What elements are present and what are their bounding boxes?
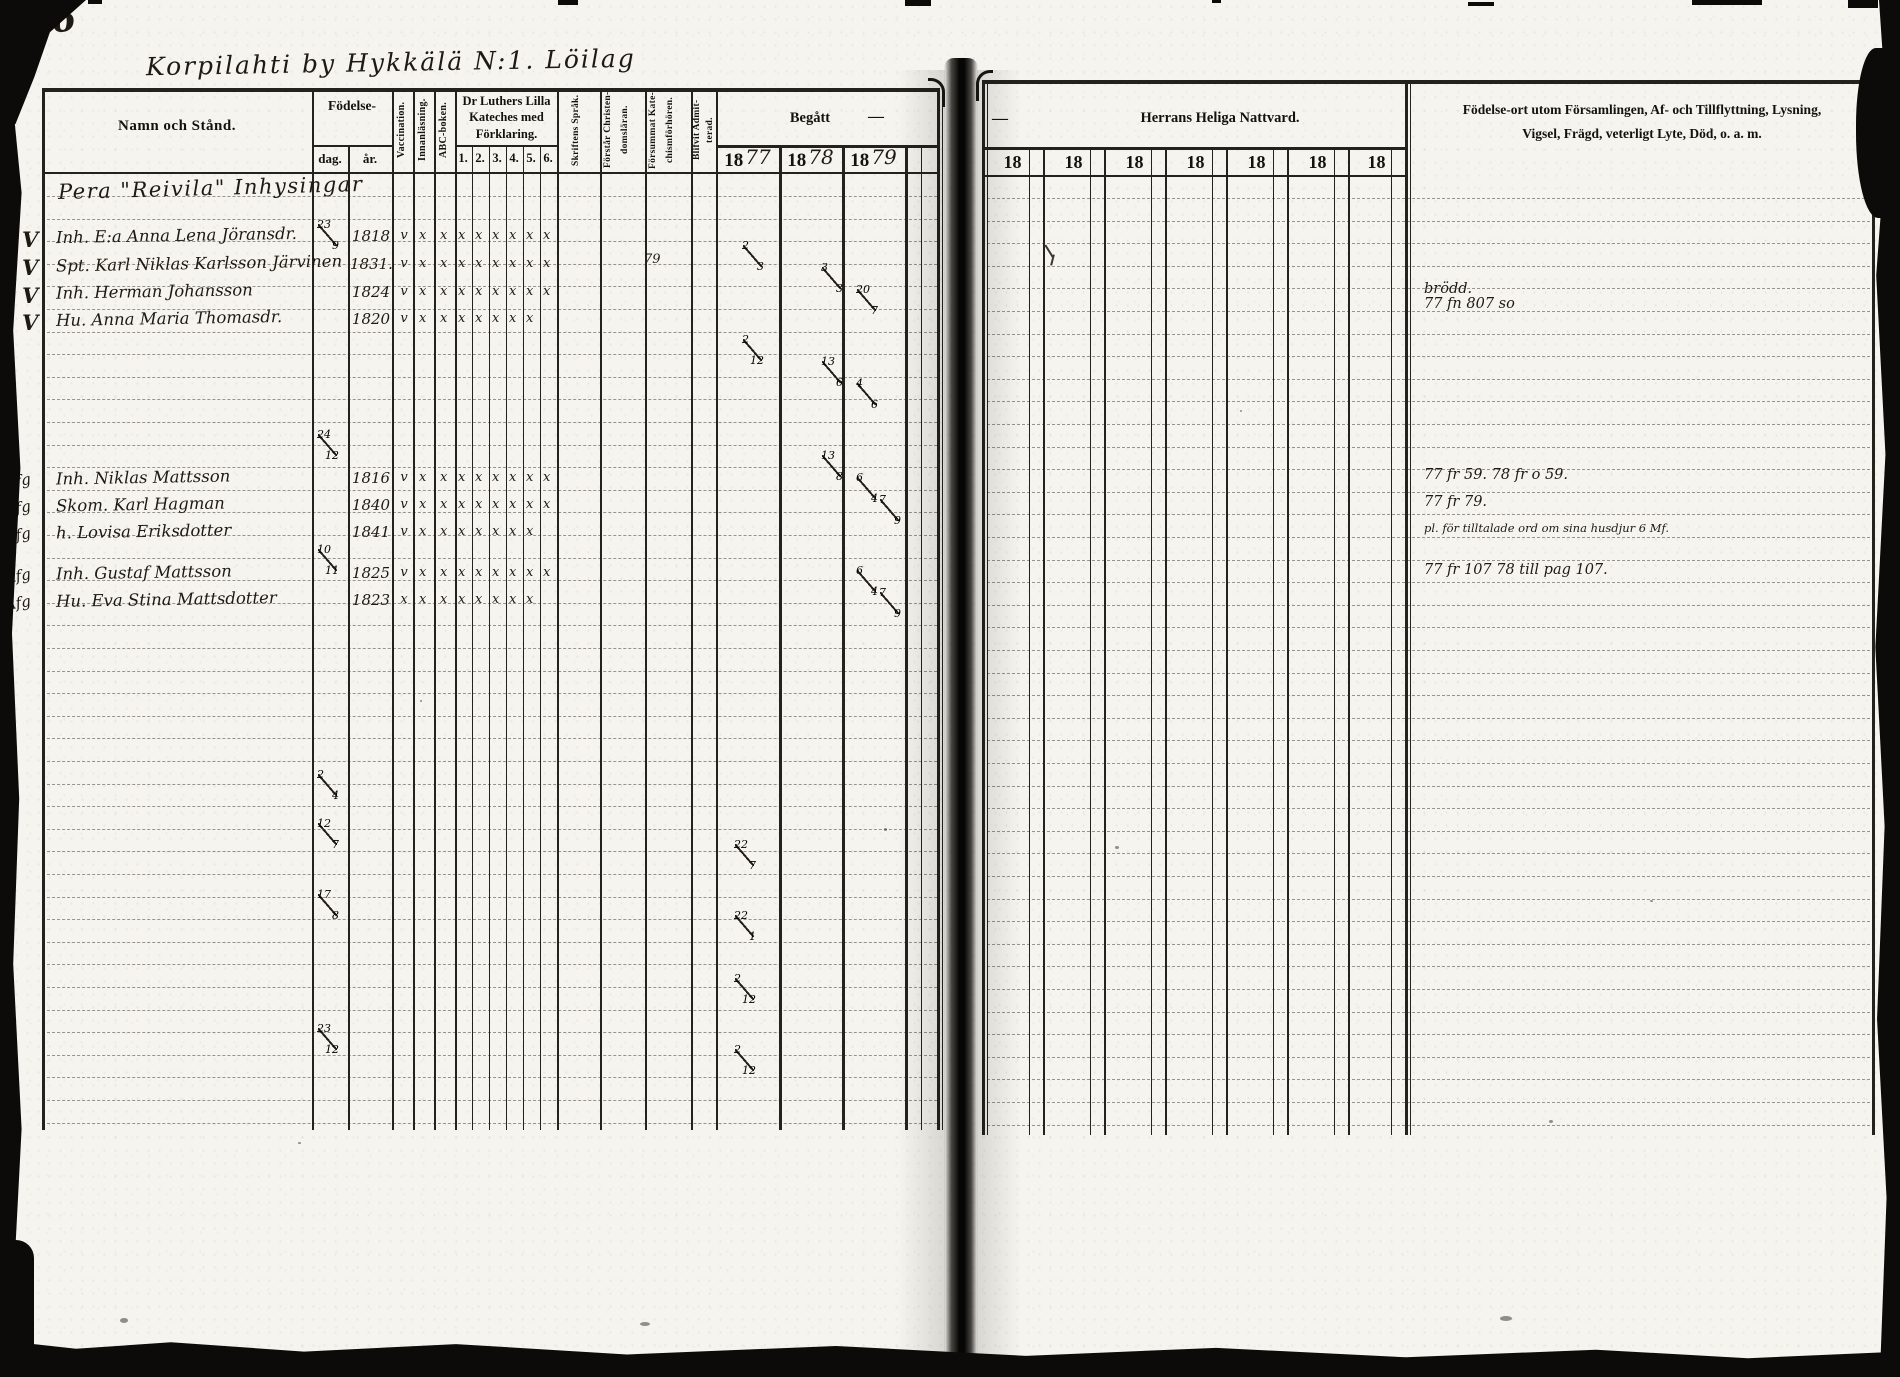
scan-speck [1212,0,1221,3]
year-header-handwritten: 77 [745,145,770,169]
communion-header-dash-left: — [868,108,884,126]
margin-note: 77 fr 107 78 till pag 107. [1424,562,1608,578]
column-line [1287,147,1289,1135]
margin-note: 77 fr 59. 78 fr o 59. [1424,467,1568,483]
fraction-numerator: 2 [734,1043,741,1056]
column-line [1151,147,1152,1135]
birth-year-value: 1840 [350,496,392,514]
scan-speck [1848,0,1878,8]
fraction-denominator: 9 [332,239,339,252]
birth-day-value: 24 [318,774,337,796]
column-line [779,145,782,1130]
communion-date: 212 [743,339,762,361]
cross-mark: x [475,470,482,485]
year-header: 18 [1043,152,1104,173]
column-line [1043,147,1045,1135]
column-line [1872,80,1875,1135]
col-header-understands-1: Förstår Christen- [603,89,613,171]
cross-mark: x [509,228,516,243]
ruled-line [982,1034,1870,1035]
catechism-line2: Kateches med [456,109,557,125]
scan-speck [88,0,102,4]
column-line [506,145,507,1130]
ruled-line [982,1012,1870,1013]
ruled-line [982,1057,1870,1058]
communion-date: 138 [822,455,841,477]
cross-mark: x [419,284,426,299]
vaccination-mark: v [397,565,411,580]
header-rule [42,88,940,92]
fraction-numerator: 7 [879,586,886,599]
ruled-line [982,492,1870,493]
ruled-line [982,447,1870,448]
fraction-denominator: 8 [332,909,339,922]
row-name: Hu. Eva Stina Mattsdotter [56,588,277,611]
ruled-line [982,221,1870,222]
notes-column-header-line1: Födelse-ort utom Församlingen, Af- och T… [1418,102,1866,118]
vaccination-mark: v [397,470,411,485]
cross-mark: x [440,565,447,580]
cross-mark: x [419,592,426,607]
year-header-printed: 18 [724,150,743,171]
ruled-line [982,899,1870,900]
fraction-denominator: 1 [749,930,756,943]
birth-day-value: 127 [318,823,337,845]
cross-mark: x [458,565,465,580]
ruled-line [982,1079,1870,1080]
vaccination-mark: v [397,311,411,326]
catechism-line3: Förklaring. [456,126,557,142]
vaccination-mark: v [397,497,411,512]
fraction-numerator: 20 [856,283,870,296]
column-line [489,145,490,1130]
col-header-reading: Innanläsning. [417,89,428,171]
fraction-denominator: 4 [332,789,339,802]
communion-date: 212 [735,978,754,1000]
col-header-missed-1: Försummat Kate- [648,89,658,171]
fraction-denominator: 12 [742,1064,756,1077]
fraction-numerator: 2 [317,768,324,781]
fraction-numerator: 12 [317,817,331,830]
fraction-denominator: 9 [894,514,901,527]
col-header-scripture: Skriftens Språk. [571,89,581,171]
ruled-line [982,695,1870,696]
cross-mark: x [509,470,516,485]
column-line [1334,147,1335,1135]
col-header-understands-2: domsläran. [620,89,630,171]
header-rule [42,172,937,174]
cross-mark: x [458,311,465,326]
ruled-line [982,786,1870,787]
book-spine-shadow [944,58,978,1377]
scan-speck [1240,410,1242,412]
col-header-abc-book: ABC-boken. [438,89,449,171]
communion-date: 79 [644,252,661,267]
fraction-denominator: 4 [871,492,878,505]
scanned-ledger-page: 46 Korpilahti by Hykkälä N:1. Löilag Nam… [0,0,1900,1377]
cross-mark: x [526,256,533,271]
fraction-denominator: 3 [836,282,843,295]
fraction-numerator: 24 [317,428,331,441]
cross-mark: x [440,470,447,485]
ruled-line [982,673,1870,674]
cross-mark: x [509,592,516,607]
year-header: 18 [1348,152,1405,173]
ruled-line [982,921,1870,922]
page-curl-shadow [897,70,945,1377]
cross-mark: x [492,311,499,326]
cross-mark: x [492,284,499,299]
cross-mark: x [419,228,426,243]
column-line [1104,147,1106,1135]
col-header-admitted-1: Blifvit Admit- [692,89,702,171]
communion-date: 23 [743,245,762,267]
row-name: h. Lovisa Eriksdotter [56,520,232,542]
cross-mark: x [509,311,516,326]
page-edge-curve [976,70,993,101]
cross-mark: x [475,311,482,326]
page-curl-shadow [977,70,1021,1377]
cross-mark: x [475,565,482,580]
cross-mark: x [475,256,482,271]
row-name: Inh. Herman Johansson [56,280,253,302]
communion-date: 136 [822,361,841,383]
col-header-birth-day: dag. [312,151,348,167]
fraction-numerator: 2 [742,333,749,346]
column-line [1273,147,1274,1135]
year-header: 18 [1165,152,1226,173]
fraction-numerator: 22 [734,909,748,922]
cross-mark: x [458,592,465,607]
vaccination-mark: v [397,228,411,243]
cross-mark: x [543,256,550,271]
row-name: Inh. Niklas Mattsson [56,466,231,488]
fraction-denominator: 3 [757,260,764,273]
cross-mark: x [543,497,550,512]
column-line [645,88,647,1130]
birth-day-value: 1011 [318,549,337,571]
fraction-numerator: 6 [856,564,863,577]
column-line [312,88,314,1130]
communion-date: 33 [822,267,841,289]
year-header: 1879 [842,147,905,172]
cross-mark: x [526,565,533,580]
cross-mark: x [526,284,533,299]
ruled-line [982,627,1870,628]
cross-mark: x [526,524,533,539]
fraction-numerator: 2 [734,972,741,985]
ruled-line [982,876,1870,877]
fraction-denominator: 6 [871,398,878,411]
cross-mark: x [458,497,465,512]
fraction-numerator: 10 [317,543,331,556]
cross-mark: x [475,497,482,512]
fraction-denominator: 12 [750,354,764,367]
communion-date: 79 [880,592,899,614]
cross-mark: x [475,592,482,607]
year-header: 18 [1226,152,1287,173]
vaccination-mark: v [397,256,411,271]
ruled-line [982,944,1870,945]
margin-note: pl. för tilltalade ord om sina husdjur 6… [1424,521,1669,535]
cross-mark: x [526,311,533,326]
catechism-line1: Dr Luthers Lilla [456,93,557,109]
cross-mark: x [509,256,516,271]
notes-column-header-line2: Vigsel, Frägd, veterligt Lyte, Död, o. a… [1418,126,1866,142]
ruled-line [982,1125,1870,1126]
column-line [716,88,718,1130]
scan-speck [558,0,578,5]
cross-mark: x [440,311,447,326]
header-rule [982,80,1872,84]
column-line [1090,147,1091,1135]
birth-day-value: 178 [318,894,337,916]
birth-year-value: 1816 [350,469,392,487]
birth-day-value: 2312 [318,1028,337,1050]
fraction-numerator: 7 [879,493,886,506]
cross-mark: x [492,470,499,485]
fraction-numerator: 17 [317,888,331,901]
fraction-denominator: 12 [325,1043,339,1056]
birth-year-value: 1818 [350,227,392,245]
cross-mark: x [526,497,533,512]
fraction-numerator: 23 [317,218,331,231]
ruled-line [982,560,1870,561]
ruled-line [982,966,1870,967]
ruled-line [982,605,1870,606]
birth-year-value: 1825 [350,564,392,582]
column-line [1029,147,1030,1135]
communion-date: 207 [857,289,876,311]
cross-mark: x [543,470,550,485]
communion-header-dash-right: — [992,110,1008,128]
scan-speck [420,700,422,702]
cross-mark: x [492,524,499,539]
fraction-numerator: 3 [821,261,828,274]
ruled-line [982,401,1870,402]
cross-mark: x [492,565,499,580]
fraction-numerator: 4 [856,377,863,390]
ruled-line [982,356,1870,357]
year-header-handwritten: 79 [871,145,896,169]
ruled-line [982,379,1870,380]
margin-note: 77 fn 807 so [1424,296,1515,312]
year-header: 18 [1104,152,1165,173]
column-line [1410,80,1411,1135]
communion-date: 64 [857,477,876,499]
margin-note: brödd. [1424,281,1472,297]
scan-speck [1692,0,1762,5]
ruled-line [982,514,1870,515]
cross-mark: x [492,228,499,243]
fraction-numerator: 13 [821,449,835,462]
col-header-birth-year: år. [348,151,392,167]
catechism-col-number: 6. [540,151,556,166]
cross-mark: x [526,470,533,485]
scan-edge-blob [1856,48,1900,218]
cross-mark: x [509,565,516,580]
column-line [691,88,693,1130]
fraction-denominator: 7 [749,859,756,872]
birth-year-value: 1820 [350,310,392,328]
column-line [1348,147,1350,1135]
cross-mark: x [526,228,533,243]
column-line [392,88,394,1130]
cross-mark: x [419,470,426,485]
column-line [523,145,524,1130]
ruled-line [982,740,1870,741]
ruled-line [982,853,1870,854]
ruled-line [982,989,1870,990]
header-rule [312,145,392,147]
ruled-line [982,266,1870,267]
cross-mark: x [419,256,426,271]
col-header-admitted-2: terad. [705,89,715,171]
ruled-line [982,650,1870,651]
year-header-printed: 18 [787,150,806,171]
row-name: Skom. Karl Hagman [56,494,225,516]
column-line [1405,80,1408,1135]
fraction-denominator: 6 [836,376,843,389]
communion-date: 46 [857,383,876,405]
communion-date: 221 [735,915,754,937]
year-header-printed: 18 [850,150,869,171]
year-header: 18 [982,152,1043,173]
cross-mark: x [440,256,447,271]
birth-day-value: 2412 [318,434,337,456]
header-rule [982,175,1405,177]
cross-mark: x [458,524,465,539]
cross-mark: x [458,228,465,243]
margin-check-mark: V [22,283,38,308]
column-line [1212,147,1213,1135]
birth-day-value: 239 [318,224,337,246]
ruled-line [982,808,1870,809]
cross-mark: x [526,592,533,607]
ruled-line [982,243,1870,244]
cross-mark: x [440,497,447,512]
birth-year-value: 1824 [350,283,392,301]
cross-mark: x [440,592,447,607]
catechism-col-number: 5. [523,151,539,166]
cross-mark: x [440,284,447,299]
cross-mark: x [419,524,426,539]
communion-header-right: Herrans Heliga Nattvard. [1040,110,1400,127]
year-header: 1877 [716,147,779,172]
cross-mark: x [543,284,550,299]
birth-year-value: 1831. [350,255,392,273]
vaccination-mark: v [397,284,411,299]
communion-date: 64 [857,570,876,592]
column-line [1391,147,1392,1135]
cross-mark: x [475,284,482,299]
column-line [557,88,559,1130]
column-line [42,88,45,1130]
fraction-denominator: 11 [325,564,339,577]
column-line [413,88,415,1130]
fraction-denominator: 7 [871,304,878,317]
ruled-line [982,334,1870,335]
vaccination-mark: v [397,524,411,539]
cross-mark: x [440,228,447,243]
scan-speck [1549,1120,1553,1123]
fraction-denominator: 12 [325,449,339,462]
ruled-line [982,198,1870,199]
cross-mark: x [475,228,482,243]
fraction-numerator: 13 [821,355,835,368]
ruled-line [982,537,1870,538]
scan-speck [298,1142,301,1144]
column-line [1226,147,1228,1135]
scan-speck [884,828,887,831]
fraction-denominator: 12 [742,993,756,1006]
cross-mark: x [440,524,447,539]
scan-speck [1468,2,1494,6]
cross-mark: x [458,256,465,271]
year-header: 1878 [779,147,842,172]
cross-mark: x [492,592,499,607]
fraction-denominator: 8 [836,470,843,483]
fraction-denominator: 4 [871,585,878,598]
cross-mark: x [492,256,499,271]
column-line [434,88,436,1130]
header-rule [982,147,1405,150]
margin-check-mark: V [22,255,38,280]
fraction-numerator: 6 [856,471,863,484]
catechism-col-number: 1. [455,151,471,166]
ruled-line [982,718,1870,719]
col-header-birth: Födelse- [312,98,392,114]
communion-date: 79 [880,499,899,521]
fraction-numerator: 2 [742,239,749,252]
column-line [472,145,473,1130]
ruled-line [982,424,1870,425]
ruled-line [982,582,1870,583]
year-header: 18 [1287,152,1348,173]
column-line [540,145,541,1130]
col-header-name: Namn och Stånd. [42,118,312,135]
cross-mark: x [475,524,482,539]
scan-speck [1500,1316,1512,1321]
row-name: Hu. Anna Maria Thomasdr. [56,307,282,330]
birth-year-value: 1823 [350,591,392,609]
header-rule [455,145,557,147]
col-header-vaccination: Vaccination. [396,89,407,171]
cross-mark: x [458,470,465,485]
vaccination-mark: x [397,592,411,607]
scan-speck [905,0,931,6]
scan-speck [1650,900,1653,902]
cross-mark: x [419,497,426,512]
fraction-numerator: 23 [317,1022,331,1035]
scan-speck [640,1322,650,1326]
fraction-denominator: 7 [332,838,339,851]
ruled-line [982,763,1870,764]
margin-check-mark: V [22,227,38,252]
cross-mark: x [543,565,550,580]
fraction-denominator: 9 [894,607,901,620]
col-header-catechism: Dr Luthers Lilla Kateches med Förklaring… [456,93,557,142]
communion-header-left: Begått [750,110,870,127]
margin-check-mark: V [22,310,38,335]
year-header-handwritten: 78 [808,145,833,169]
birth-year-value: 1841 [350,523,392,541]
scan-speck [1115,846,1119,849]
cross-mark: x [419,311,426,326]
catechism-col-number: 2. [472,151,488,166]
fraction-numerator: 22 [734,838,748,851]
communion-date: 227 [735,844,754,866]
